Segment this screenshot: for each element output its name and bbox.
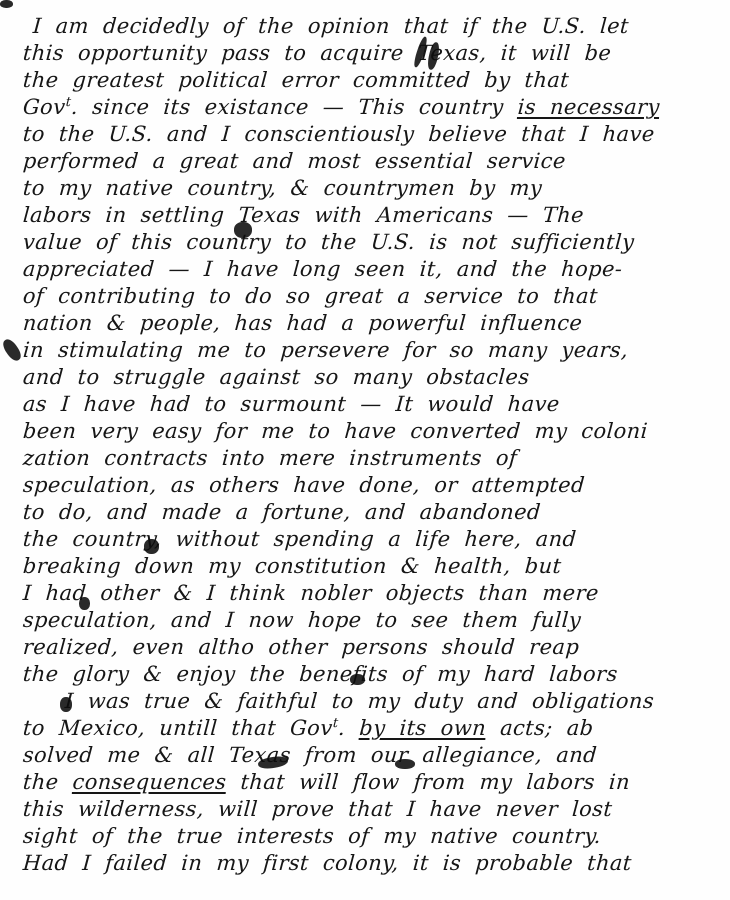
handwritten-line: to do, and made a fortune, and abandoned	[22, 499, 722, 526]
handwritten-line: speculation, as others have done, or att…	[22, 472, 722, 499]
ink-blot	[0, 337, 24, 364]
text-segment: zation contracts into mere instruments o…	[22, 446, 518, 470]
text-segment: sight of the true interests of my native…	[22, 824, 602, 848]
text-segment: speculation, as others have done, or att…	[22, 473, 586, 497]
text-segment: to Mexico, untill that Gov	[22, 716, 333, 740]
text-segment: performed a great and most essential ser…	[22, 149, 566, 173]
letter-body: I am decidedly of the opinion that if th…	[22, 13, 720, 877]
text-segment: to my native country, & countrymen by my	[22, 176, 543, 200]
text-segment: the country, without spending a life her…	[22, 527, 577, 551]
handwritten-line: the glory & enjoy the benefits of my har…	[22, 661, 722, 688]
text-segment: the glory & enjoy the benefits of my har…	[22, 662, 619, 686]
text-segment: this opportunity pass to acquire Texas, …	[22, 41, 612, 65]
text-segment: labors in settling Texas with Americans …	[22, 203, 585, 227]
text-segment: solved me & all Texas from our allegianc…	[22, 743, 598, 767]
text-segment: and to struggle against so many obstacle…	[22, 365, 530, 389]
text-segment: of contributing to do so great a service…	[22, 284, 599, 308]
text-segment: as I have had to surmount — It would hav…	[22, 392, 560, 416]
handwritten-line: of contributing to do so great a service…	[22, 283, 722, 310]
handwritten-line: speculation, and I now hope to see them …	[22, 607, 722, 634]
text-segment: .	[337, 716, 360, 740]
handwritten-line: to my native country, & countrymen by my	[22, 175, 722, 202]
handwritten-line: I am decidedly of the opinion that if th…	[22, 13, 722, 40]
text-segment: appreciated — I have long seen it, and t…	[22, 257, 623, 281]
text-segment: nation & people, has had a powerful infl…	[22, 311, 583, 335]
handwritten-line: the consequences that will flow from my …	[22, 769, 722, 796]
ink-blot	[0, 0, 13, 8]
text-segment: realized, even altho other persons shoul…	[22, 635, 580, 659]
text-segment: speculation, and I now hope to see them …	[22, 608, 582, 632]
handwritten-line: labors in settling Texas with Americans …	[22, 202, 722, 229]
text-segment: this wilderness, will prove that I have …	[22, 797, 613, 821]
handwritten-line: zation contracts into mere instruments o…	[22, 445, 722, 472]
text-segment: value of this country to the U.S. is not…	[22, 230, 635, 254]
handwritten-line: and to struggle against so many obstacle…	[22, 364, 722, 391]
text-segment: Gov	[22, 95, 66, 119]
handwritten-line: I had other & I think nobler objects tha…	[22, 580, 722, 607]
handwritten-line: solved me & all Texas from our allegianc…	[22, 742, 722, 769]
handwritten-line: performed a great and most essential ser…	[22, 148, 722, 175]
handwritten-line: in stimulating me to persevere for so ma…	[22, 337, 722, 364]
text-segment: in stimulating me to persevere for so ma…	[22, 338, 629, 362]
text-segment: I am decidedly of the opinion that if th…	[32, 14, 630, 38]
text-segment: . since its existance — This country	[70, 95, 518, 119]
text-segment: Had I failed in my first colony, it is p…	[22, 851, 632, 875]
handwritten-line: to the U.S. and I conscientiously believ…	[22, 121, 722, 148]
handwritten-line: been very easy for me to have converted …	[22, 418, 722, 445]
text-segment: been very easy for me to have converted …	[22, 419, 649, 443]
handwritten-line: the greatest political error committed b…	[22, 67, 722, 94]
text-segment: I had other & I think nobler objects tha…	[22, 581, 600, 605]
text-segment: to the U.S. and I conscientiously believ…	[22, 122, 655, 146]
text-segment: to do, and made a fortune, and abandoned	[22, 500, 542, 524]
handwritten-line: the country, without spending a life her…	[22, 526, 722, 553]
text-segment: breaking down my constitution & health, …	[22, 554, 562, 578]
handwritten-line: Govt. since its existance — This country…	[22, 94, 722, 121]
handwritten-line: nation & people, has had a powerful infl…	[22, 310, 722, 337]
handwritten-line: to Mexico, untill that Govt. by its own …	[22, 715, 722, 742]
text-segment: the	[22, 770, 73, 794]
underlined-text: is necessary	[517, 95, 661, 119]
handwritten-line: as I have had to surmount — It would hav…	[22, 391, 722, 418]
handwritten-line: Had I failed in my first colony, it is p…	[22, 850, 722, 877]
underlined-text: consequences	[72, 770, 228, 794]
text-segment: I was true & faithful to my duty and obl…	[64, 689, 655, 713]
text-segment: the greatest political error committed b…	[22, 68, 570, 92]
scanned-letter-page: I am decidedly of the opinion that if th…	[0, 0, 730, 900]
text-segment: acts; ab	[485, 716, 594, 740]
underlined-text: by its own	[359, 716, 487, 740]
handwritten-line: appreciated — I have long seen it, and t…	[22, 256, 722, 283]
handwritten-line: sight of the true interests of my native…	[22, 823, 722, 850]
handwritten-line: breaking down my constitution & health, …	[22, 553, 722, 580]
handwritten-line: realized, even altho other persons shoul…	[22, 634, 722, 661]
handwritten-line: this wilderness, will prove that I have …	[22, 796, 722, 823]
handwritten-line: I was true & faithful to my duty and obl…	[22, 688, 722, 715]
handwritten-line: value of this country to the U.S. is not…	[22, 229, 722, 256]
text-segment: that will flow from my labors in	[226, 770, 631, 794]
handwritten-line: this opportunity pass to acquire Texas, …	[22, 40, 722, 67]
